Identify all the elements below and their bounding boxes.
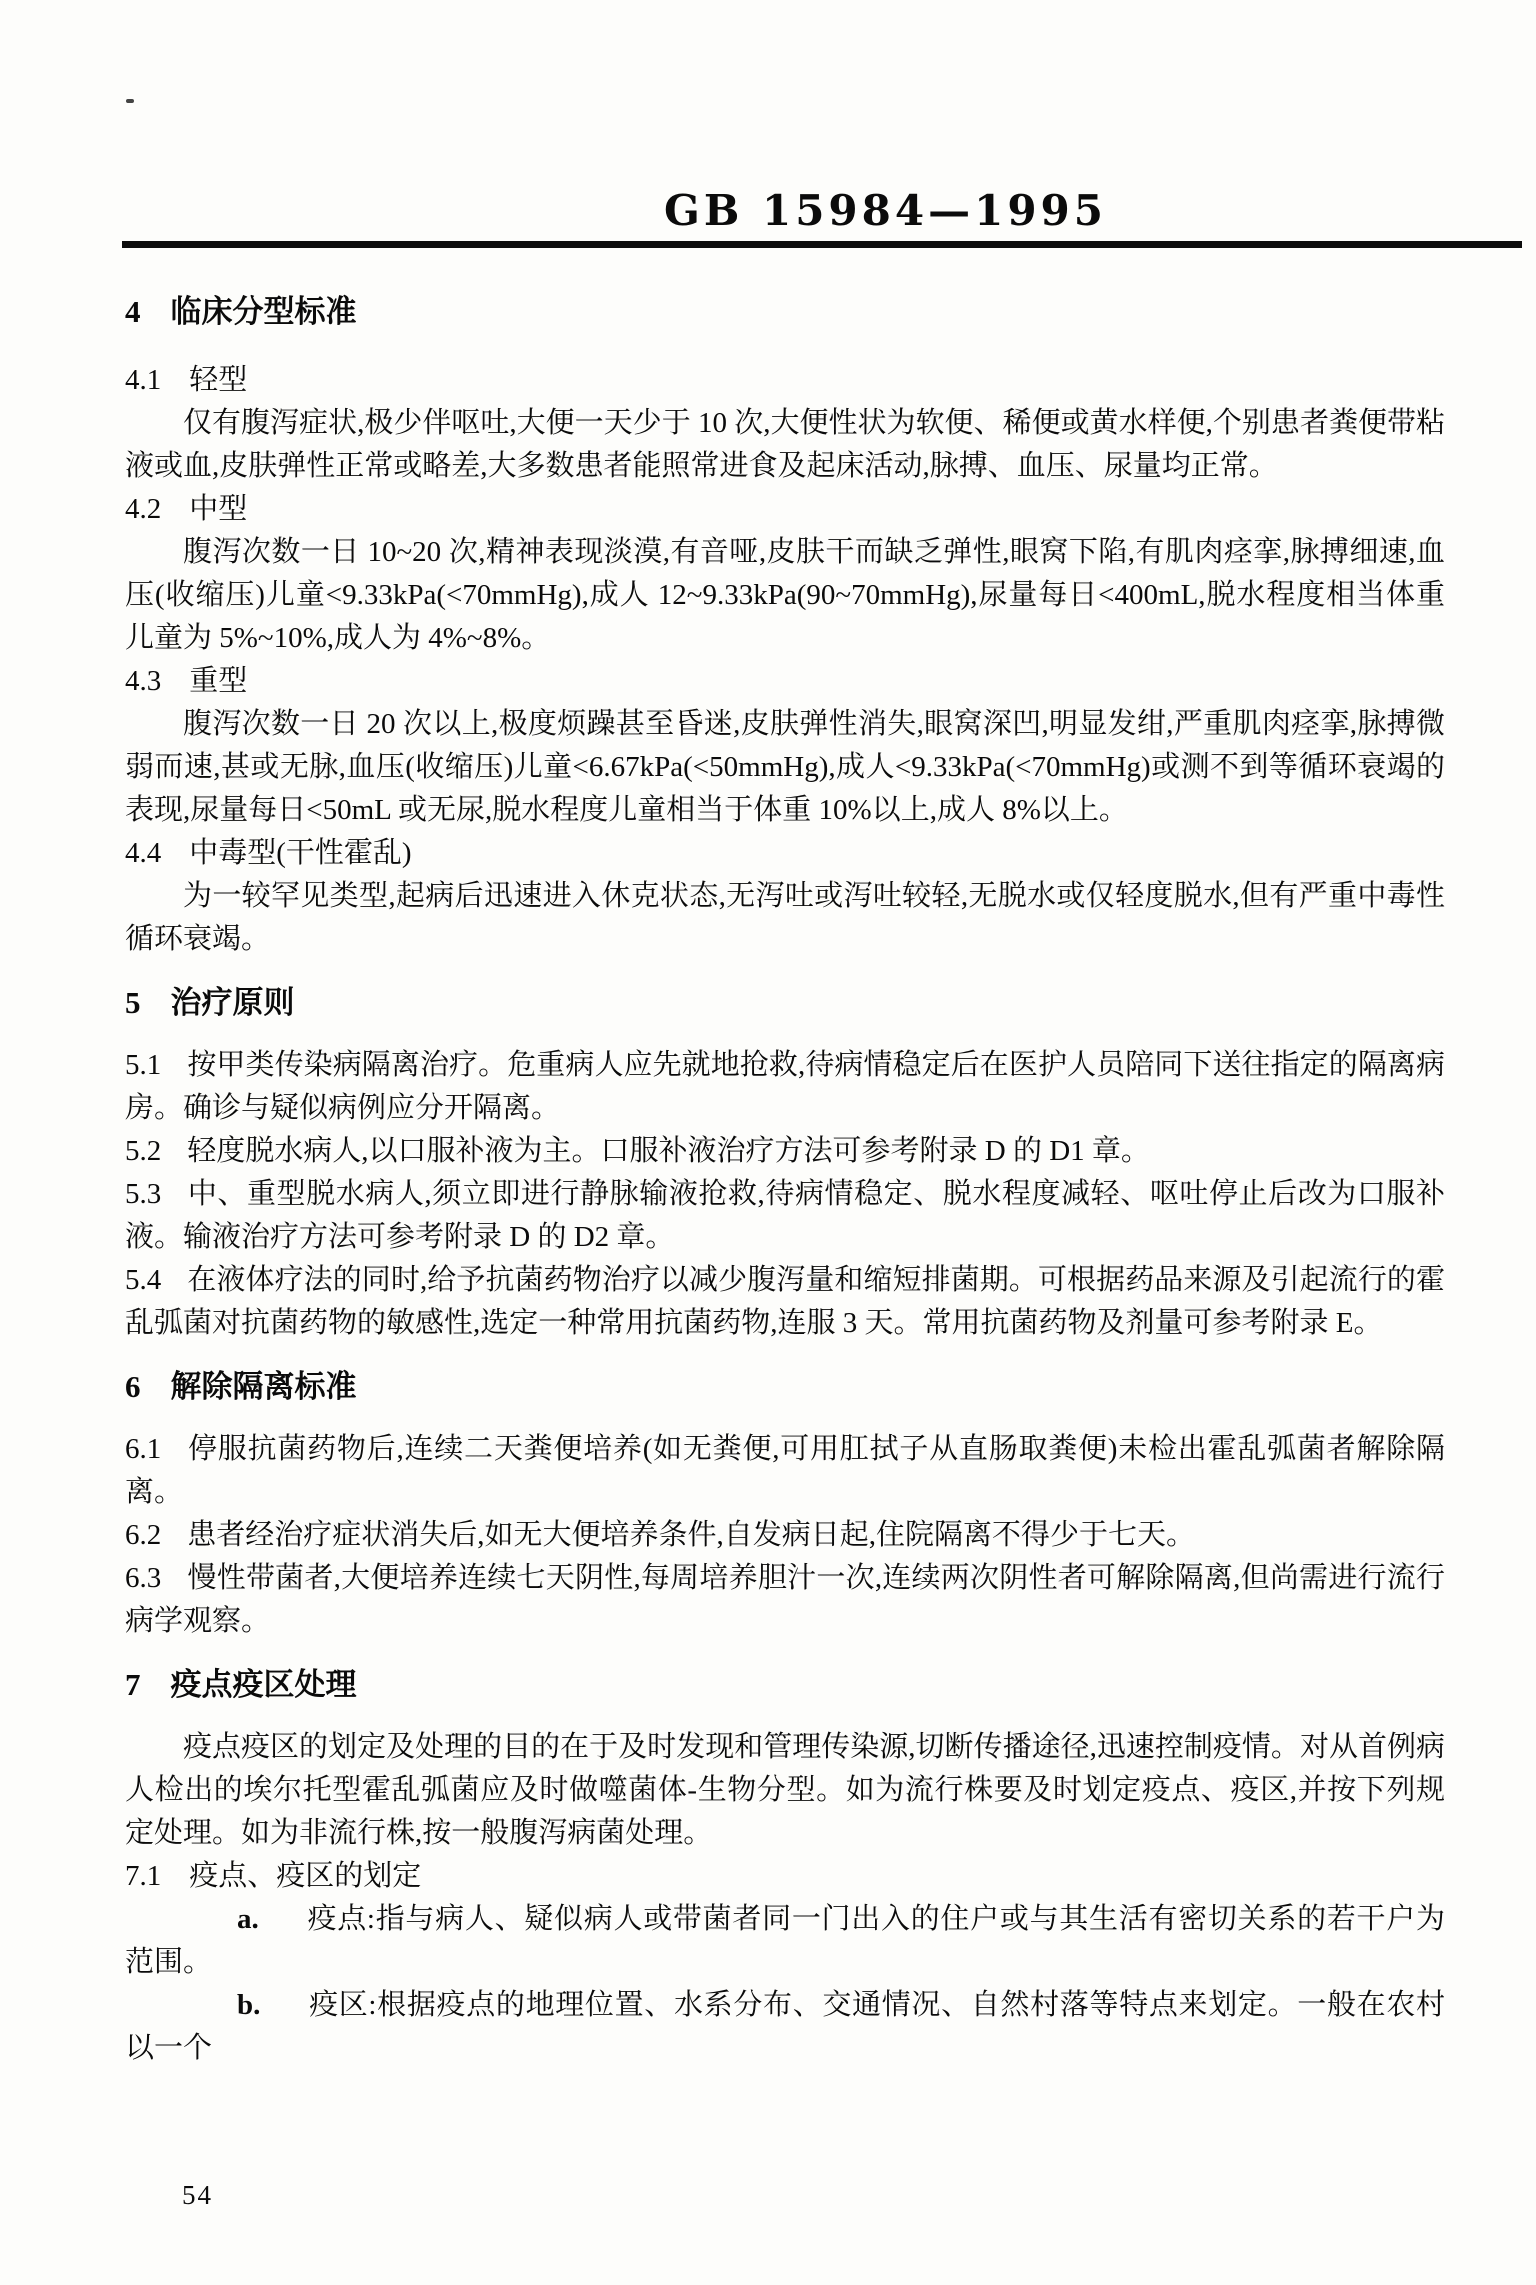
subclause-number: 4.4 <box>125 837 161 869</box>
clause-number: 5.4 <box>125 1264 161 1296</box>
section-heading: 7疫点疫区处理 <box>125 1663 1445 1706</box>
clause-text: 在液体疗法的同时,给予抗菌药物治疗以减少腹泻量和缩短排菌期。可根据药品来源及引起… <box>125 1264 1445 1339</box>
section-clinical-classification: 4临床分型标准 4.1轻型 仅有腹泻症状,极少伴呕吐,大便一天少于 10 次,大… <box>125 290 1445 961</box>
subclause-heading: 7.1疫点、疫区的划定 <box>125 1855 1445 1898</box>
subclause-heading: 4.2中型 <box>125 488 1445 531</box>
body-paragraph: 腹泻次数一日 10~20 次,精神表现淡漠,有音哑,皮肤干而缺乏弹性,眼窝下陷,… <box>125 531 1445 660</box>
item-letter: a. <box>237 1903 259 1935</box>
subclause-number: 7.1 <box>125 1860 161 1892</box>
clause-text: 停服抗菌药物后,连续二天粪便培养(如无粪便,可用肛拭子从直肠取粪便)未检出霍乱弧… <box>125 1433 1445 1508</box>
subclause-title: 重型 <box>189 665 247 697</box>
clause-text: 患者经治疗症状消失后,如无大便培养条件,自发病日起,住院隔离不得少于七天。 <box>187 1519 1195 1551</box>
standard-number: GB 15984—1995 <box>664 186 1107 235</box>
lettered-item: b.疫区:根据疫点的地理位置、水系分布、交通情况、自然村落等特点来划定。一般在农… <box>125 1984 1445 2070</box>
numbered-clause: 5.3中、重型脱水病人,须立即进行静脉输液抢救,待病情稳定、脱水程度减轻、呕吐停… <box>125 1173 1445 1259</box>
body-paragraph: 疫点疫区的划定及处理的目的在于及时发现和管理传染源,切断传播途径,迅速控制疫情。… <box>125 1726 1445 1855</box>
section-heading: 4临床分型标准 <box>125 290 1445 333</box>
section-title: 解除隔离标准 <box>171 1369 357 1404</box>
numbered-clause: 6.2患者经治疗症状消失后,如无大便培养条件,自发病日起,住院隔离不得少于七天。 <box>125 1514 1445 1557</box>
clause-number: 5.2 <box>125 1135 161 1167</box>
clause-number: 6.1 <box>125 1433 161 1465</box>
subclause-title: 中毒型(干性霍乱) <box>189 837 411 869</box>
numbered-clause: 6.3慢性带菌者,大便培养连续七天阴性,每周培养胆汁一次,连续两次阴性者可解除隔… <box>125 1557 1445 1643</box>
item-text: 疫区:根据疫点的地理位置、水系分布、交通情况、自然村落等特点来划定。一般在农村以… <box>125 1989 1445 2064</box>
page-number: 54 <box>182 2180 213 2211</box>
subclause-title: 中型 <box>189 493 247 525</box>
subclause-heading: 4.1轻型 <box>125 359 1445 402</box>
subclause-heading: 4.4中毒型(干性霍乱) <box>125 832 1445 875</box>
header-rule <box>122 241 1522 248</box>
subclause-number: 4.1 <box>125 364 161 396</box>
section-number: 5 <box>125 985 141 1020</box>
document-page: GB 15984—1995 4临床分型标准 4.1轻型 仅有腹泻症状,极少伴呕吐… <box>0 0 1536 2285</box>
body-paragraph: 为一较罕见类型,起病后迅速进入休克状态,无泻吐或泻吐较轻,无脱水或仅轻度脱水,但… <box>125 875 1445 961</box>
clause-text: 慢性带菌者,大便培养连续七天阴性,每周培养胆汁一次,连续两次阴性者可解除隔离,但… <box>125 1562 1445 1637</box>
clause-number: 6.2 <box>125 1519 161 1551</box>
section-number: 7 <box>125 1667 141 1702</box>
numbered-clause: 5.2轻度脱水病人,以口服补液为主。口服补液治疗方法可参考附录 D 的 D1 章… <box>125 1130 1445 1173</box>
section-title: 治疗原则 <box>171 985 295 1020</box>
section-title: 临床分型标准 <box>171 294 357 329</box>
page-content: 4临床分型标准 4.1轻型 仅有腹泻症状,极少伴呕吐,大便一天少于 10 次,大… <box>125 290 1445 2070</box>
clause-text: 中、重型脱水病人,须立即进行静脉输液抢救,待病情稳定、脱水程度减轻、呕吐停止后改… <box>125 1178 1445 1253</box>
section-isolation-release: 6解除隔离标准 6.1停服抗菌药物后,连续二天粪便培养(如无粪便,可用肛拭子从直… <box>125 1365 1445 1643</box>
subclause-title: 疫点、疫区的划定 <box>189 1860 421 1892</box>
clause-number: 5.1 <box>125 1049 161 1081</box>
lettered-item: a.疫点:指与病人、疑似病人或带菌者同一门出入的住户或与其生活有密切关系的若干户… <box>125 1898 1445 1984</box>
subclause-number: 4.3 <box>125 665 161 697</box>
clause-number: 5.3 <box>125 1178 161 1210</box>
section-number: 6 <box>125 1369 141 1404</box>
section-heading: 6解除隔离标准 <box>125 1365 1445 1408</box>
scan-speck <box>126 99 134 103</box>
section-number: 4 <box>125 294 141 329</box>
section-heading: 5治疗原则 <box>125 981 1445 1024</box>
numbered-clause: 5.4在液体疗法的同时,给予抗菌药物治疗以减少腹泻量和缩短排菌期。可根据药品来源… <box>125 1259 1445 1345</box>
subclause-number: 4.2 <box>125 493 161 525</box>
clause-text: 按甲类传染病隔离治疗。危重病人应先就地抢救,待病情稳定后在医护人员陪同下送往指定… <box>125 1049 1445 1124</box>
subclause-heading: 4.3重型 <box>125 660 1445 703</box>
numbered-clause: 5.1按甲类传染病隔离治疗。危重病人应先就地抢救,待病情稳定后在医护人员陪同下送… <box>125 1044 1445 1130</box>
section-treatment-principles: 5治疗原则 5.1按甲类传染病隔离治疗。危重病人应先就地抢救,待病情稳定后在医护… <box>125 981 1445 1345</box>
numbered-clause: 6.1停服抗菌药物后,连续二天粪便培养(如无粪便,可用肛拭子从直肠取粪便)未检出… <box>125 1428 1445 1514</box>
section-title: 疫点疫区处理 <box>171 1667 357 1702</box>
section-epidemic-area-handling: 7疫点疫区处理 疫点疫区的划定及处理的目的在于及时发现和管理传染源,切断传播途径… <box>125 1663 1445 2070</box>
item-text: 疫点:指与病人、疑似病人或带菌者同一门出入的住户或与其生活有密切关系的若干户为范… <box>125 1903 1445 1978</box>
body-paragraph: 腹泻次数一日 20 次以上,极度烦躁甚至昏迷,皮肤弹性消失,眼窝深凹,明显发绀,… <box>125 703 1445 832</box>
subclause-title: 轻型 <box>189 364 247 396</box>
body-paragraph: 仅有腹泻症状,极少伴呕吐,大便一天少于 10 次,大便性状为软便、稀便或黄水样便… <box>125 402 1445 488</box>
item-letter: b. <box>237 1989 260 2021</box>
clause-number: 6.3 <box>125 1562 161 1594</box>
clause-text: 轻度脱水病人,以口服补液为主。口服补液治疗方法可参考附录 D 的 D1 章。 <box>187 1135 1150 1167</box>
